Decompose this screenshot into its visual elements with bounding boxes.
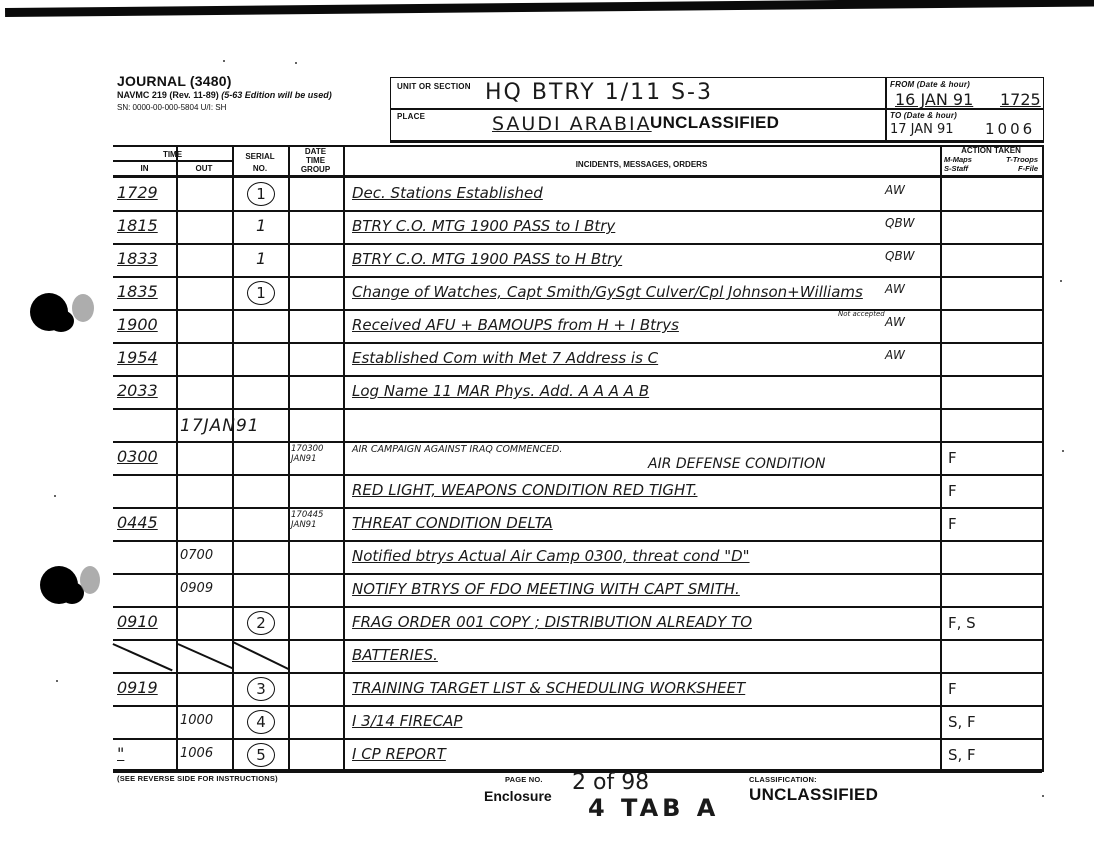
col-divider [1042,145,1044,771]
row-rule [113,342,1042,344]
incident-text[interactable]: AIR CAMPAIGN AGAINST IRAQ COMMENCED. [352,444,562,455]
col-divider [940,145,942,771]
col-incidents-header: INCIDENTS, MESSAGES, ORDERS [343,160,940,169]
time-in[interactable]: 1900 [117,315,158,334]
incident-text[interactable]: Dec. Stations Established [352,184,543,202]
scan-speck [223,60,225,62]
time-in[interactable]: 0445 [117,513,158,532]
incident-text[interactable]: RED LIGHT, WEAPONS CONDITION RED TIGHT. [352,481,697,499]
instructions-note: (SEE REVERSE SIDE FOR INSTRUCTIONS) [117,774,278,783]
legend-file: F-File [1018,164,1038,173]
time-in[interactable]: 0910 [117,612,158,631]
col-divider [288,145,290,771]
strike-line [178,643,233,669]
row-rule [113,276,1042,278]
page-number: 2 of 98 [572,770,649,795]
scan-speck [1042,795,1044,797]
scan-speck [56,680,58,682]
page-label: PAGE NO. [505,775,543,784]
row-rule [113,474,1042,476]
serial-circled: 2 [247,611,275,635]
journal-table: TIME IN OUT SERIAL NO. DATE TIME GROUP I… [0,0,1094,850]
time-out[interactable]: 1006 [180,746,213,761]
watch-officer-initials: AW [885,183,905,197]
serial-header-line1: SERIAL [232,152,288,161]
time-in[interactable]: 1954 [117,348,158,367]
col-divider [343,145,345,771]
classification-value: UNCLASSIFIED [749,785,878,805]
action-taken[interactable]: S, F [948,713,976,731]
serial-circled: 1 [247,182,275,206]
legend-maps: M-Maps [944,155,972,164]
col-dtg-header: DATE TIME GROUP [288,147,343,174]
time-in[interactable]: 1815 [117,216,158,235]
col-out-header: OUT [176,164,232,173]
row-rule [113,573,1042,575]
watch-officer-initials: QBW [885,216,915,230]
incident-text[interactable]: BATTERIES. [352,646,438,664]
time-in[interactable]: 0300 [117,447,158,466]
incident-text[interactable]: NOTIFY BTRYS OF FDO MEETING WITH CAPT SM… [352,580,740,598]
legend-staff: S-Staff [944,164,968,173]
action-taken[interactable]: F [948,449,957,467]
serial-number[interactable]: 1 [256,216,266,235]
col-divider [232,145,234,771]
serial-header-line2: NO. [232,164,288,173]
action-header-title: ACTION TAKEN [940,146,1042,155]
action-taken[interactable]: F, S [948,614,976,632]
incident-text[interactable]: Established Com with Met 7 Address is C [352,349,658,367]
strike-line [113,643,173,671]
serial-circled: 5 [247,743,275,767]
divider [113,145,1042,147]
action-taken[interactable]: F [948,680,957,698]
row-rule [113,507,1042,509]
incident-text[interactable]: I CP REPORT [352,745,446,763]
date-time-group[interactable]: 170300 JAN91 [291,444,339,464]
watch-officer-initials: AW [885,282,905,296]
col-serial-header: SERIAL NO. [232,152,288,173]
serial-number[interactable]: 2 [247,611,275,635]
scan-speck [54,495,56,497]
divider [113,160,232,162]
enclosure-label: Enclosure [484,788,552,804]
serial-circled: 1 [247,281,275,305]
time-in[interactable]: 1833 [117,249,158,268]
incident-text[interactable]: Change of Watches, Capt Smith/GySgt Culv… [352,283,863,301]
action-legend-line1: M-Maps T-Troops [940,155,1042,164]
divider [113,175,1042,178]
serial-number[interactable]: 1 [247,182,275,206]
serial-number[interactable]: 3 [247,677,275,701]
time-out[interactable]: 0700 [180,548,213,563]
row-rule [113,243,1042,245]
serial-circled: 4 [247,710,275,734]
classification-label: CLASSIFICATION: [749,775,817,784]
incident-text[interactable]: BTRY C.O. MTG 1900 PASS to H Btry [352,250,622,268]
row-rule [113,738,1042,740]
legend-troops: T-Troops [1006,155,1038,164]
row-rule [113,309,1042,311]
action-taken[interactable]: F [948,515,957,533]
serial-number[interactable]: 1 [247,281,275,305]
col-action-header: ACTION TAKEN M-Maps T-Troops S-Staff F-F… [940,146,1042,173]
action-legend-line2: S-Staff F-File [940,164,1042,173]
row-rule [113,606,1042,608]
col-time-header: TIME [113,150,232,159]
incident-text[interactable]: I 3/14 FIRECAP [352,712,462,730]
row-rule [113,408,1042,410]
watch-officer-initials: QBW [885,249,915,263]
serial-number[interactable]: 5 [247,743,275,767]
incident-text[interactable]: Notified btrys Actual Air Camp 0300, thr… [352,547,750,565]
watch-officer-initials: AW [885,315,905,329]
incident-text[interactable]: TRAINING TARGET LIST & SCHEDULING WORKSH… [352,679,745,697]
scan-speck [1060,280,1062,282]
time-out[interactable]: 0909 [180,581,213,596]
incident-text-continued[interactable]: AIR DEFENSE CONDITION [648,456,825,472]
strike-line [233,641,289,670]
serial-number[interactable]: 1 [256,249,266,268]
incident-text[interactable]: BTRY C.O. MTG 1900 PASS to I Btry [352,217,615,235]
time-in[interactable]: " [117,744,124,763]
serial-number[interactable]: 4 [247,710,275,734]
col-in-header: IN [113,164,176,173]
dtg-header-line3: GROUP [288,165,343,174]
dtg-header-line2: TIME [288,156,343,165]
row-rule [113,441,1042,443]
time-in[interactable]: 0919 [117,678,158,697]
incident-note: Not accepted [838,310,885,318]
watch-officer-initials: AW [885,348,905,362]
row-rule [113,375,1042,377]
row-rule [113,540,1042,542]
time-out[interactable]: 1000 [180,713,213,728]
incident-text[interactable]: THREAT CONDITION DELTA [352,514,553,532]
incident-text[interactable]: Received AFU + BAMOUPS from H + I Btrys [352,316,679,334]
incident-text[interactable]: FRAG ORDER 001 COPY ; DISTRIBUTION ALREA… [352,613,752,631]
col-divider [176,145,178,771]
time-out[interactable]: 17JAN91 [180,416,260,436]
action-taken[interactable]: S, F [948,746,976,764]
date-time-group[interactable]: 170445 JAN91 [291,510,339,530]
row-rule [113,672,1042,674]
action-taken[interactable]: F [948,482,957,500]
serial-circled: 3 [247,677,275,701]
scan-speck [295,62,297,64]
enclosure-value: 4 TAB A [588,794,719,822]
dtg-header-line1: DATE [288,147,343,156]
time-in[interactable]: 2033 [117,381,158,400]
time-in[interactable]: 1729 [117,183,158,202]
row-rule [113,639,1042,641]
time-in[interactable]: 1835 [117,282,158,301]
row-rule [113,210,1042,212]
row-rule [113,705,1042,707]
scan-speck [1062,450,1064,452]
incident-text[interactable]: Log Name 11 MAR Phys. Add. A A A A B [352,382,649,400]
